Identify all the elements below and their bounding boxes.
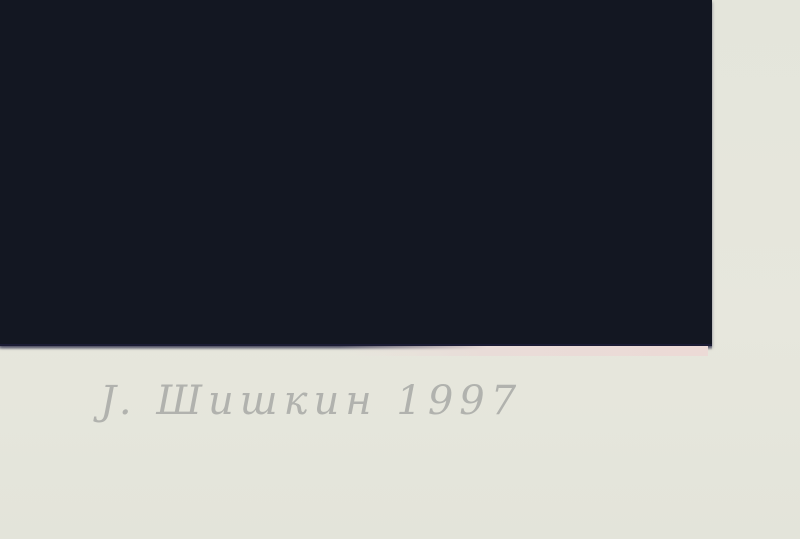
pencil-signature: J. Шишкин 1997 bbox=[100, 378, 720, 458]
dark-print-area bbox=[0, 0, 712, 346]
print-edge-margin bbox=[340, 346, 708, 356]
